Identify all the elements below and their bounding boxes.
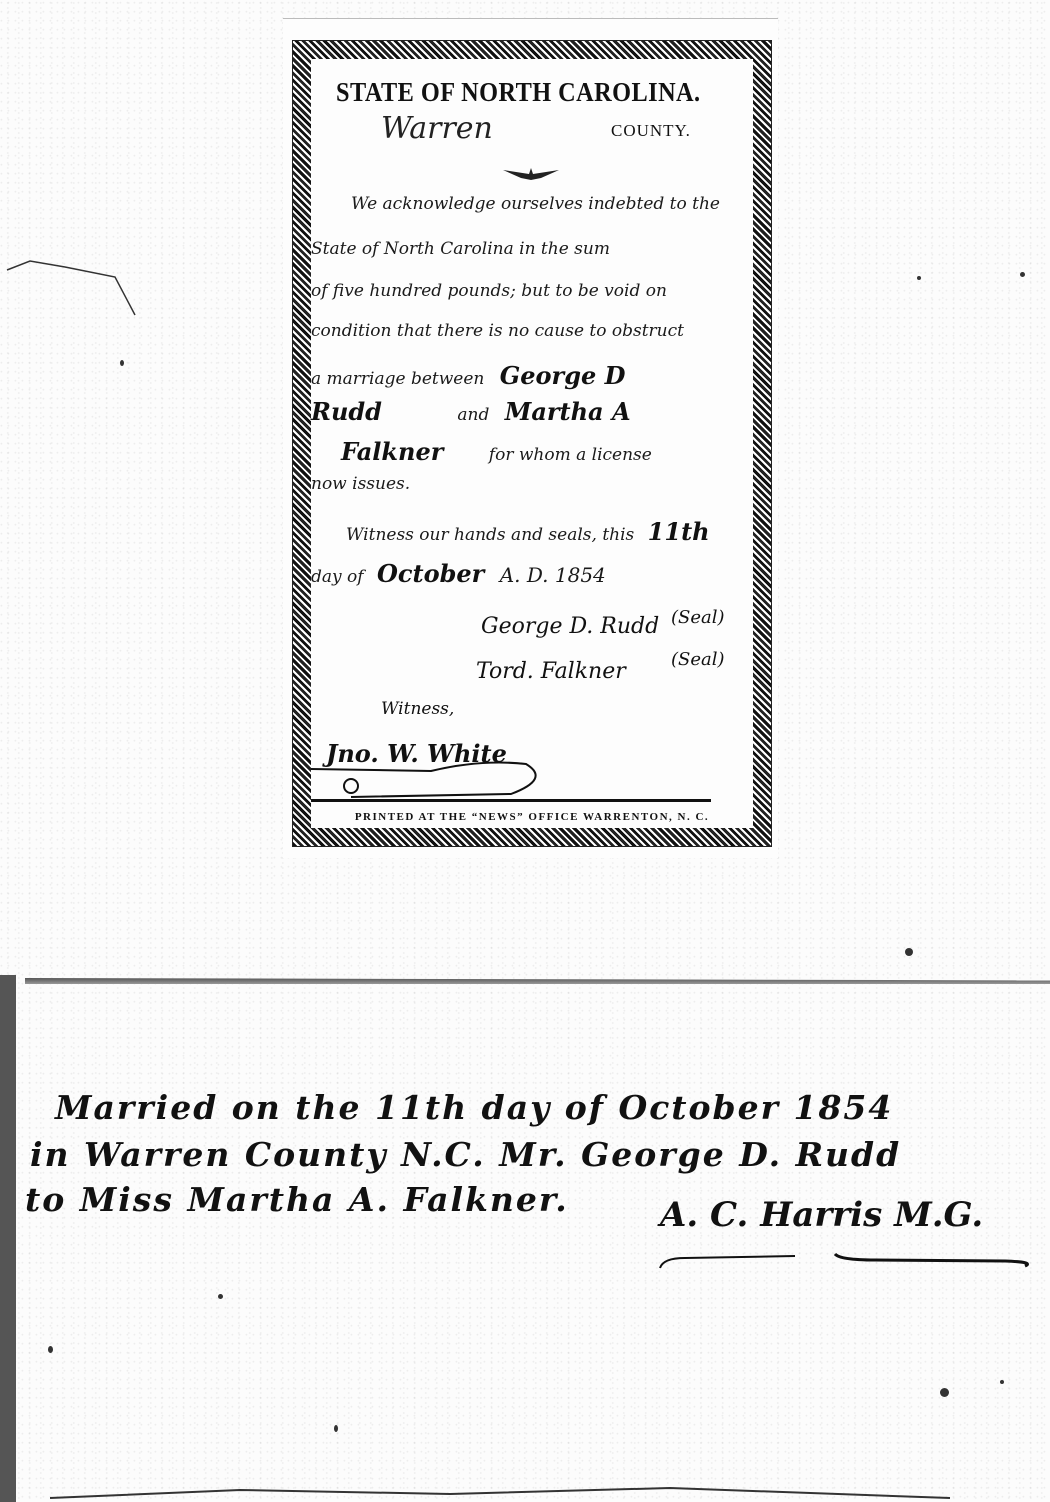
month-handwritten: October [377, 559, 484, 588]
witness-label: Witness, [381, 699, 454, 719]
ink-speck [48, 1346, 53, 1353]
surety-signature: Tord. Falkner [476, 659, 626, 684]
license-text: for whom a license [489, 445, 652, 465]
ink-speck [218, 1294, 223, 1299]
fold-shadow [25, 978, 1050, 984]
certificate-line-2: in Warren County N.C. Mr. George D. Rudd [30, 1135, 901, 1174]
and-label: and [457, 405, 489, 425]
groom-first-name: George D [500, 361, 626, 390]
ink-speck [905, 948, 913, 956]
bond-text-line: We acknowledge ourselves indebted to the [351, 194, 791, 214]
page-edge [0, 975, 16, 1502]
year-label: A. D. 1854 [500, 563, 606, 587]
signature-underline [655, 1252, 1040, 1270]
county-name-handwritten: Warren [381, 111, 493, 146]
bond-text-line: condition that there is no cause to obst… [311, 321, 751, 341]
bride-last-name: Falkner [341, 437, 443, 466]
day-of-label: day of [311, 567, 364, 587]
seal-label: (Seal) [671, 607, 725, 628]
day-handwritten: 11th [648, 517, 710, 546]
state-title: STATE OF NORTH CAROLINA. [336, 77, 714, 108]
issues-text: now issues. [311, 474, 751, 494]
certificate-line-1: Married on the 11th day of October 1854 [55, 1088, 893, 1127]
ink-speck [1000, 1380, 1004, 1384]
bottom-edge [50, 1484, 1000, 1502]
bond-text-line: State of North Carolina in the sum [311, 239, 751, 259]
officiant-signature: A. C. Harris M.G. [660, 1195, 983, 1235]
bond-content: STATE OF NORTH CAROLINA. Warren COUNTY. … [311, 59, 753, 829]
marriage-between-label: a marriage between [311, 369, 484, 389]
marriage-bond-card: STATE OF NORTH CAROLINA. Warren COUNTY. … [283, 18, 778, 858]
bond-text-line: a marriage between George D [311, 361, 751, 390]
document-scan: STATE OF NORTH CAROLINA. Warren COUNTY. … [0, 0, 1050, 1502]
bride-first-name: Martha A [505, 397, 631, 426]
printer-imprint: PRINTED AT THE “NEWS” OFFICE WARRENTON, … [311, 811, 753, 823]
county-label: COUNTY. [611, 121, 691, 141]
groom-signature: George D. Rudd [481, 614, 659, 639]
ink-speck [940, 1388, 949, 1397]
ink-speck [1020, 272, 1025, 277]
certificate-line-3: to Miss Martha A. Falkner. [25, 1180, 569, 1219]
ink-speck [334, 1425, 338, 1432]
witness-hands-text: Witness our hands and seals, this [346, 525, 634, 545]
signature-rule [311, 799, 711, 802]
bond-text-line: of five hundred pounds; but to be void o… [311, 281, 751, 301]
ink-speck [917, 276, 921, 280]
ink-speck [120, 360, 124, 366]
stray-fiber [5, 245, 140, 325]
seal-label: (Seal) [671, 649, 725, 670]
eagle-icon [501, 162, 561, 182]
groom-last-name: Rudd [311, 397, 382, 426]
signature-flourish [311, 739, 561, 799]
